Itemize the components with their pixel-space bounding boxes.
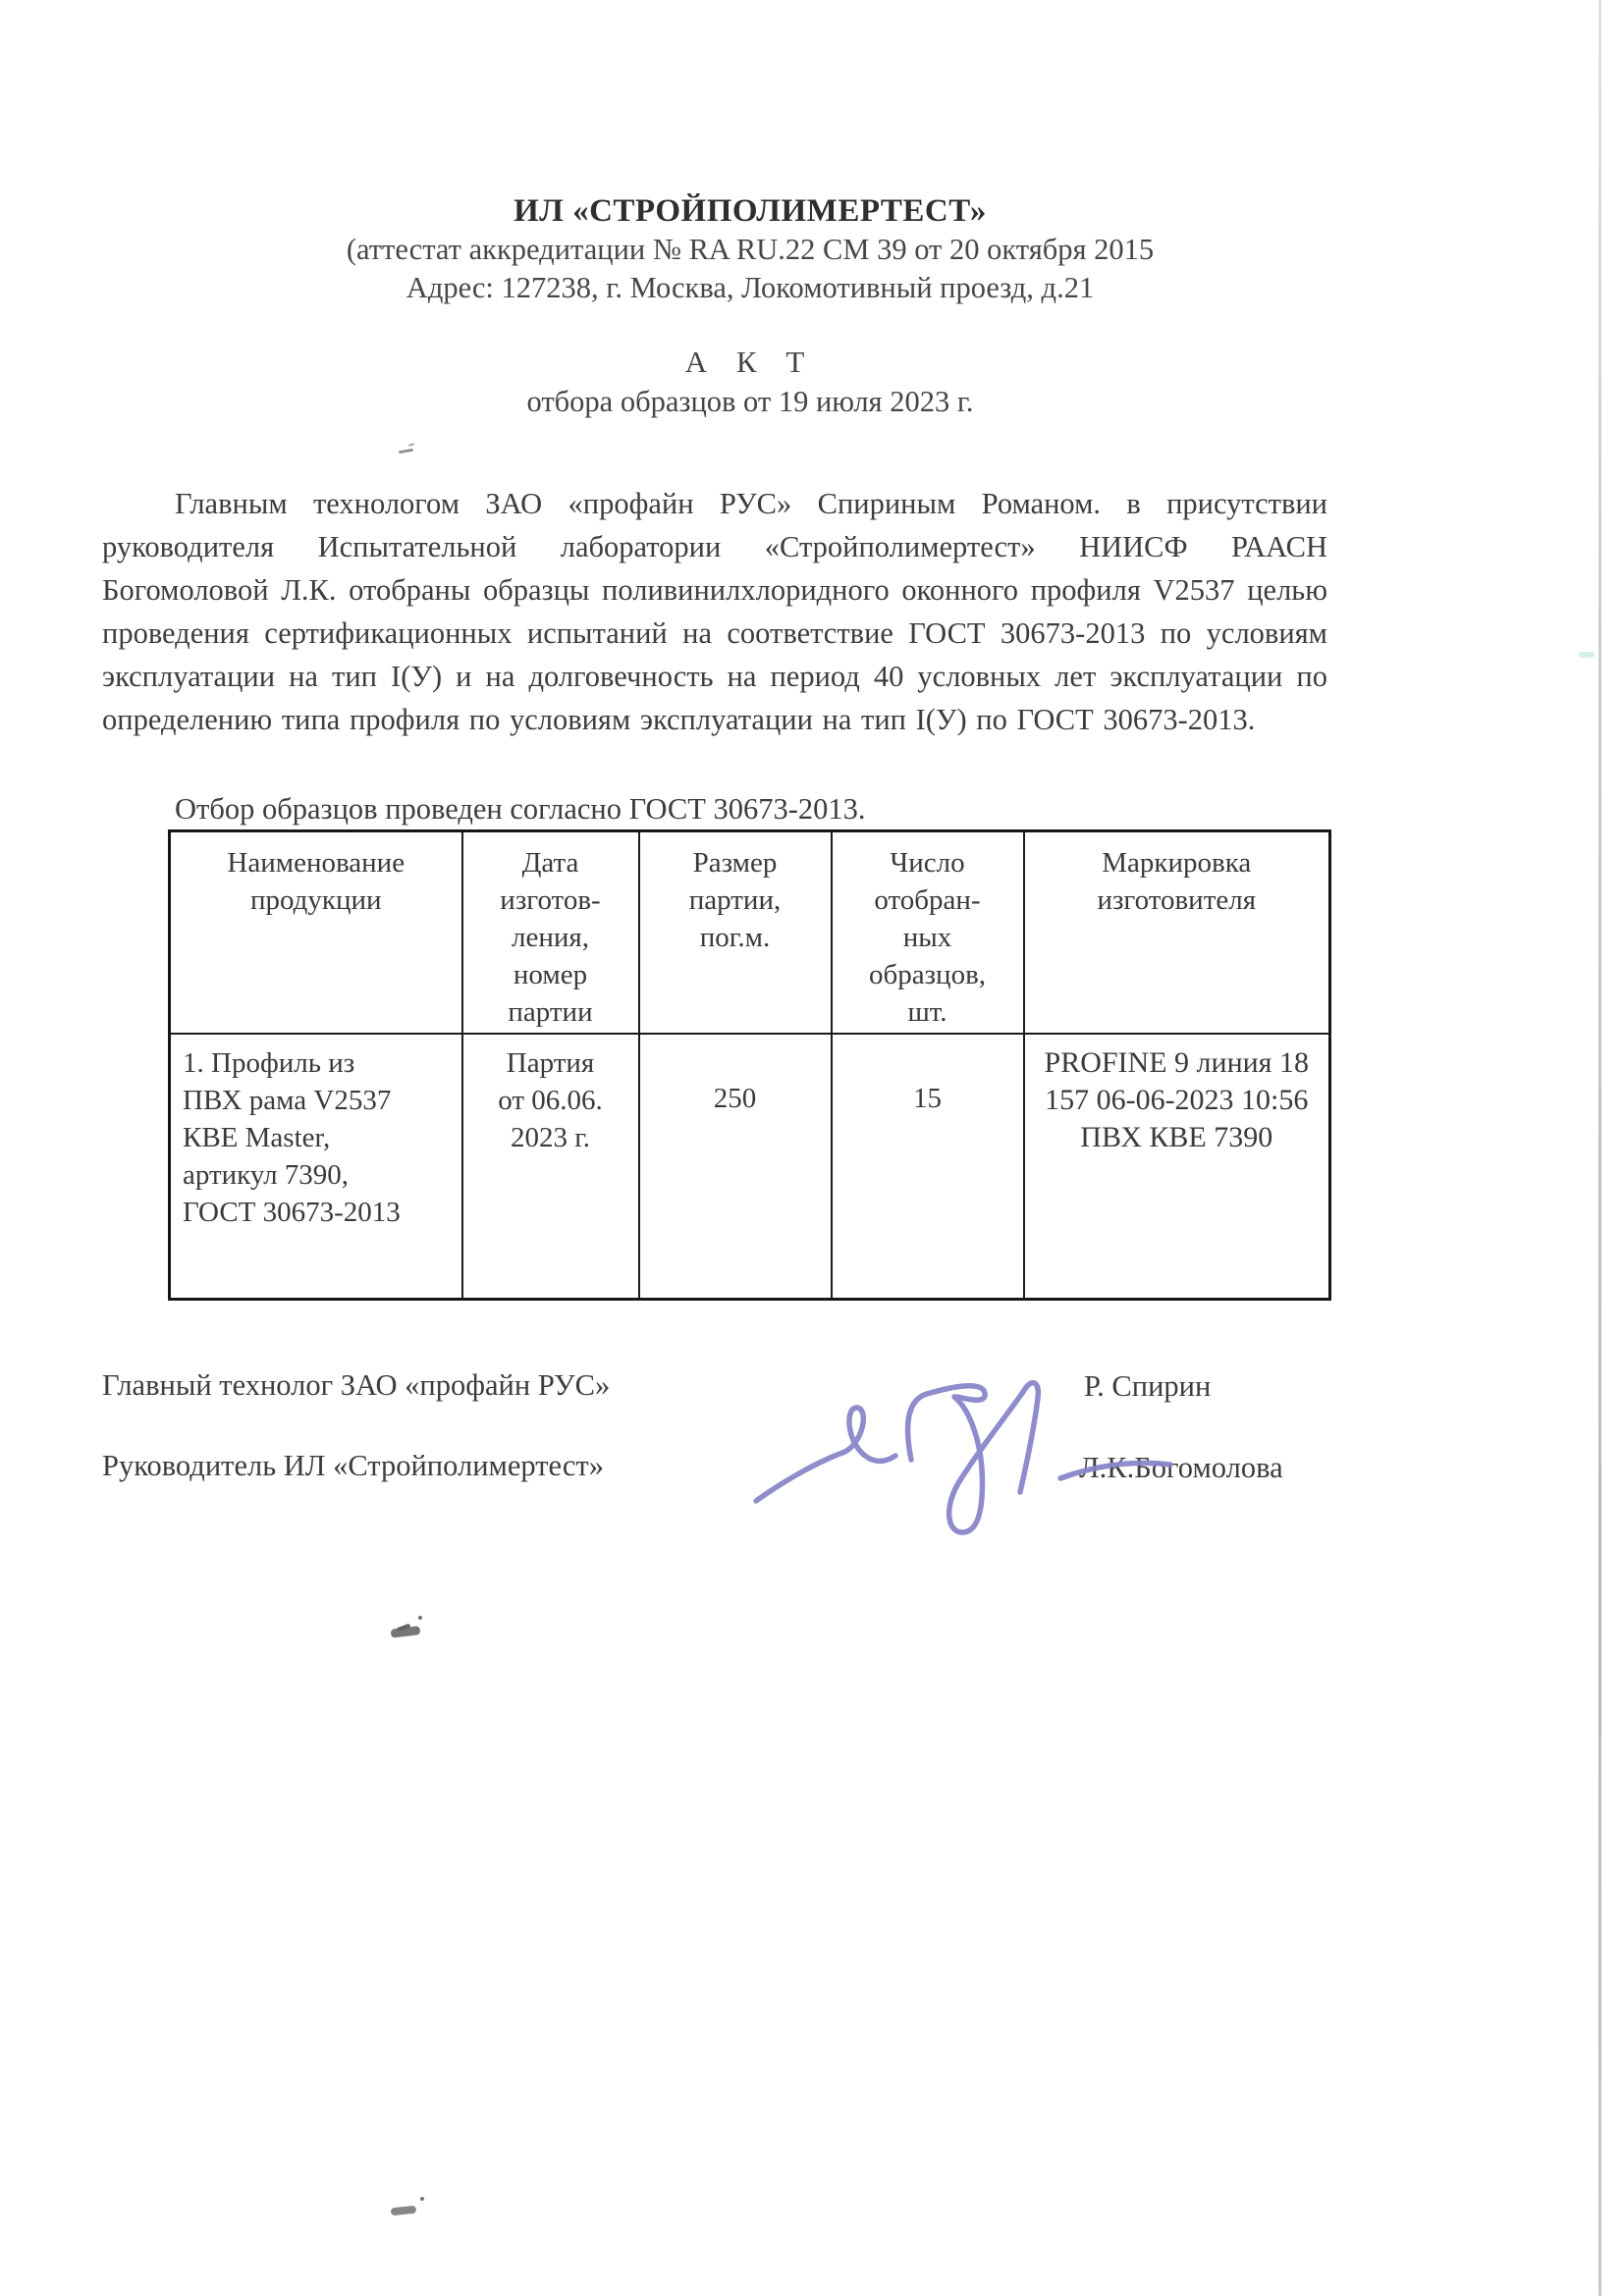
cell-product-name: 1. Профиль из ПВХ рама V2537 КВЕ Master,… xyxy=(170,1034,462,1300)
col-header-manufacturer-marking: Маркировка изготовителя xyxy=(1024,831,1330,1035)
col-header-sample-count: Число отобран- ных образцов, шт. xyxy=(832,831,1024,1035)
document-title: А К Т xyxy=(0,343,1500,382)
samples-table: Наименование продукции Дата изготов- лен… xyxy=(168,829,1331,1301)
col-header-batch-size: Размер партии, пог.м. xyxy=(639,831,832,1035)
signature-role-chief-technologist: Главный технолог ЗАО «профайн РУС» xyxy=(102,1368,610,1403)
document-title-block: А К Т отбора образцов от 19 июля 2023 г. xyxy=(0,343,1500,421)
handwritten-signature-ink xyxy=(746,1349,1188,1545)
sampling-note: Отбор образцов проведен согласно ГОСТ 30… xyxy=(102,792,1327,827)
scan-speck xyxy=(1579,652,1595,658)
signature-role-lab-head: Руководитель ИЛ «Стройполимертест» xyxy=(102,1449,604,1483)
body-paragraph: Главным технологом ЗАО «профайн РУС» Спи… xyxy=(102,482,1327,741)
scanned-document-page: ИЛ «СТРОЙПОЛИМЕРТЕСТ» (аттестат аккредит… xyxy=(0,0,1623,2296)
address-line: Адрес: 127238, г. Москва, Локомотивный п… xyxy=(0,269,1500,307)
col-header-manufacture-date: Дата изготов- ления, номер партии xyxy=(462,831,639,1035)
scan-edge-line xyxy=(1598,0,1601,2296)
table-row: 1. Профиль из ПВХ рама V2537 КВЕ Master,… xyxy=(170,1034,1330,1300)
cell-manufacture-date: Партия от 06.06. 2023 г. xyxy=(462,1034,639,1300)
accreditation-line: (аттестат аккредитации № RA RU.22 СМ 39 … xyxy=(0,231,1500,269)
table-header-row: Наименование продукции Дата изготов- лен… xyxy=(170,831,1330,1035)
cell-manufacturer-marking: PROFINE 9 линия 18 157 06-06-2023 10:56 … xyxy=(1024,1034,1330,1300)
cell-batch-size: 250 xyxy=(639,1034,832,1300)
col-header-product-name: Наименование продукции xyxy=(170,831,462,1035)
cell-sample-count: 15 xyxy=(832,1034,1024,1300)
document-subtitle: отбора образцов от 19 июля 2023 г. xyxy=(0,382,1500,421)
letterhead: ИЛ «СТРОЙПОЛИМЕРТЕСТ» (аттестат аккредит… xyxy=(0,192,1500,307)
organization-name: ИЛ «СТРОЙПОЛИМЕРТЕСТ» xyxy=(0,192,1500,231)
